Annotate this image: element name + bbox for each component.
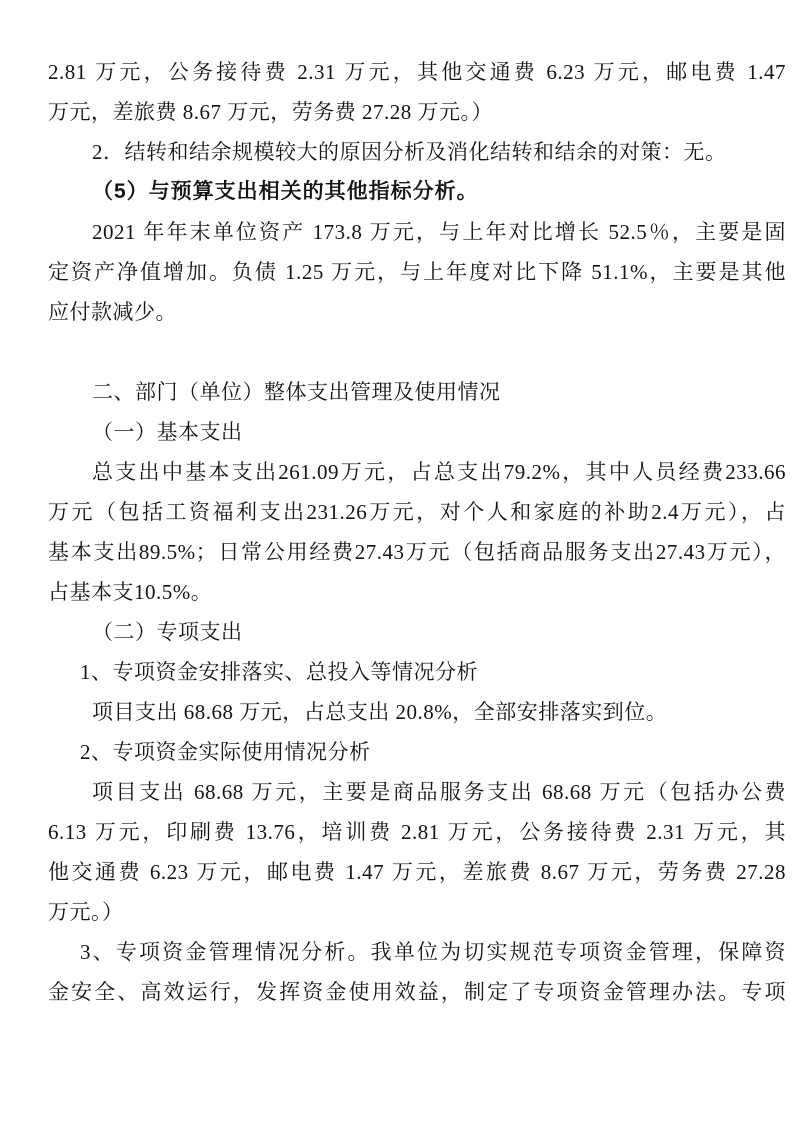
subsection-2-special-expenditure: （二）专项支出 [48, 612, 786, 652]
fund-usage-line-4: 万元。） [48, 892, 786, 932]
item-3-fund-management-line-1: 3、专项资金管理情况分析。我单位为切实规范专项资金管理，保障资 [48, 932, 786, 972]
expense-detail-continuation-line-2: 万元，差旅费 8.67 万元，劳务费 27.28 万元。） [48, 92, 786, 132]
section-2-heading: 二、部门（单位）整体支出管理及使用情况 [48, 372, 786, 412]
fund-usage-line-1: 项目支出 68.68 万元，主要是商品服务支出 68.68 万元（包括办公费 [48, 772, 786, 812]
subsection-1-basic-expenditure: （一）基本支出 [48, 412, 786, 452]
basic-expenditure-line-3: 基本支出89.5%；日常公用经费27.43万元（包括商品服务支出27.43万元）… [48, 532, 786, 572]
item-2-carryover-analysis: 2．结转和结余规模较大的原因分析及消化结转和结余的对策：无。 [48, 132, 786, 172]
fund-usage-line-2: 6.13 万元，印刷费 13.76，培训费 2.81 万元，公务接待费 2.31… [48, 812, 786, 852]
basic-expenditure-line-2: 万元（包括工资福利支出231.26万元，对个人和家庭的补助2.4万元），占 [48, 492, 786, 532]
item-3-fund-management-line-2: 金安全、高效运行，发挥资金使用效益，制定了专项资金管理办法。专项 [48, 972, 786, 1012]
basic-expenditure-line-4: 占基本支10.5%。 [48, 572, 786, 612]
item-1-fund-arrangement-heading: 1、专项资金安排落实、总投入等情况分析 [48, 652, 786, 692]
basic-expenditure-line-1: 总支出中基本支出261.09万元，占总支出79.2%，其中人员经费233.66 [48, 452, 786, 492]
document-page: 2.81 万元，公务接待费 2.31 万元，其他交通费 6.23 万元，邮电费 … [0, 0, 793, 1122]
fund-usage-line-3: 他交通费 6.23 万元，邮电费 1.47 万元，差旅费 8.67 万元，劳务费… [48, 852, 786, 892]
expense-detail-continuation-line-1: 2.81 万元，公务接待费 2.31 万元，其他交通费 6.23 万元，邮电费 … [48, 52, 786, 92]
item-2-fund-usage-heading: 2、专项资金实际使用情况分析 [48, 732, 786, 772]
heading-5-other-indicator-analysis: （5）与预算支出相关的其他指标分析。 [48, 172, 786, 212]
asset-paragraph-line-2: 定资产净值增加。负债 1.25 万元，与上年度对比下降 51.1%，主要是其他 [48, 252, 786, 292]
fund-arrangement-detail: 项目支出 68.68 万元，占总支出 20.8%，全部安排落实到位。 [48, 692, 786, 732]
document-body: 2.81 万元，公务接待费 2.31 万元，其他交通费 6.23 万元，邮电费 … [48, 52, 786, 1012]
asset-paragraph-line-1: 2021 年年末单位资产 173.8 万元，与上年对比增长 52.5％，主要是固 [48, 212, 786, 252]
asset-paragraph-line-3: 应付款减少。 [48, 292, 786, 332]
